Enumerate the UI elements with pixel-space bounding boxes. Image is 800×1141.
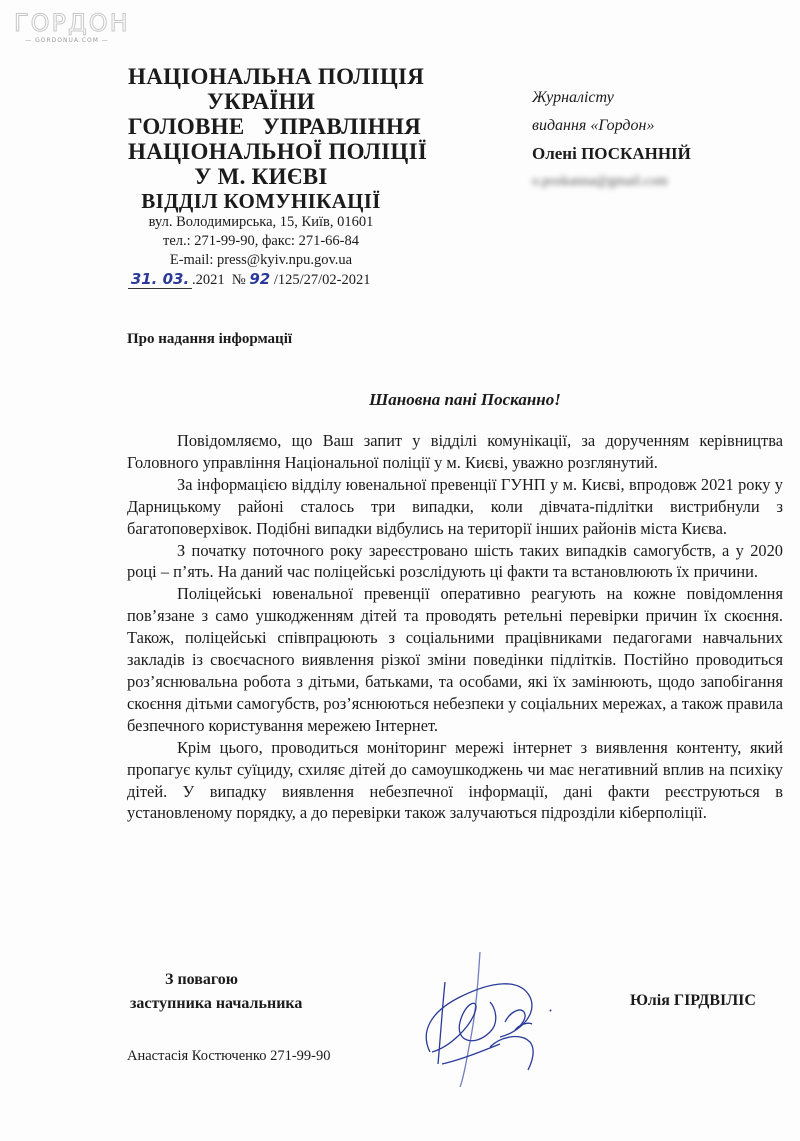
letter-body: Повідомляємо, що Ваш запит у відділі ком… bbox=[127, 430, 783, 824]
recipient-role: Журналісту bbox=[532, 88, 792, 116]
salutation: Шановна пані Посканно! bbox=[0, 390, 800, 410]
sender-phones: тел.: 271-99-90, факс: 271-66-84 bbox=[128, 232, 394, 251]
letter-subject: Про надання інформації bbox=[127, 331, 292, 348]
registration-number-suffix: /125/27/02-2021 bbox=[274, 272, 371, 288]
handwritten-number: 92 bbox=[249, 270, 270, 288]
signer-name: Юлія ГІРДВІЛІС bbox=[630, 992, 756, 1010]
body-paragraph: Поліцейські ювенальної превенції операти… bbox=[127, 583, 783, 736]
body-paragraph: З початку поточного року зареєстровано ш… bbox=[127, 540, 783, 584]
body-paragraph: За інформацією відділу ювенальної превен… bbox=[127, 474, 783, 540]
registration-number-label: № bbox=[232, 272, 246, 288]
sender-header: НАЦІОНАЛЬНА ПОЛІЦІЯ УКРАЇНИ ГОЛОВНЕ УПРА… bbox=[128, 64, 394, 270]
recipient-block: Журналісту видання «Гордон» Олені ПОСКАН… bbox=[532, 88, 792, 200]
sender-department: ВІДДІЛ КОМУНІКАЦІЇ bbox=[128, 189, 394, 213]
contact-person: Анастасія Костюченко 271-99-90 bbox=[127, 1048, 331, 1065]
sender-line: НАЦІОНАЛЬНА ПОЛІЦІЯ bbox=[128, 64, 394, 89]
closing-regards: З повагою bbox=[130, 968, 302, 992]
sender-email: E-mail: press@kyiv.npu.gov.ua bbox=[128, 251, 394, 270]
watermark-subtitle: — GORDONUA.COM — bbox=[14, 37, 120, 44]
sender-line: ГОЛОВНЕ УПРАВЛІННЯ bbox=[128, 114, 394, 139]
sender-line: УКРАЇНИ bbox=[128, 89, 394, 114]
sender-line: НАЦІОНАЛЬНОЇ ПОЛІЦІЇ bbox=[128, 139, 394, 164]
watermark-title: ГОРДОН bbox=[14, 10, 120, 36]
sender-line: У М. КИЄВІ bbox=[128, 164, 394, 189]
handwritten-date: 31. 03. bbox=[128, 270, 192, 289]
registration-line: 31. 03..2021 № 92 /125/27/02-2021 bbox=[128, 270, 408, 289]
handwritten-signature-icon bbox=[420, 952, 560, 1087]
body-paragraph: Крім цього, проводиться моніторинг мереж… bbox=[127, 737, 783, 825]
closing-position: заступника начальника bbox=[130, 992, 302, 1016]
recipient-email-blurred: o.poskanna@gmail.com bbox=[532, 172, 792, 200]
registration-year: .2021 bbox=[192, 272, 225, 288]
recipient-name: Олені ПОСКАННІЙ bbox=[532, 144, 792, 172]
gordon-watermark: ГОРДОН — GORDONUA.COM — bbox=[14, 10, 120, 44]
sender-address: вул. Володимирська, 15, Київ, 01601 bbox=[128, 213, 394, 232]
closing-block: З повагою заступника начальника bbox=[130, 968, 302, 1016]
recipient-outlet: видання «Гордон» bbox=[532, 116, 792, 144]
body-paragraph: Повідомляємо, що Ваш запит у відділі ком… bbox=[127, 430, 783, 474]
